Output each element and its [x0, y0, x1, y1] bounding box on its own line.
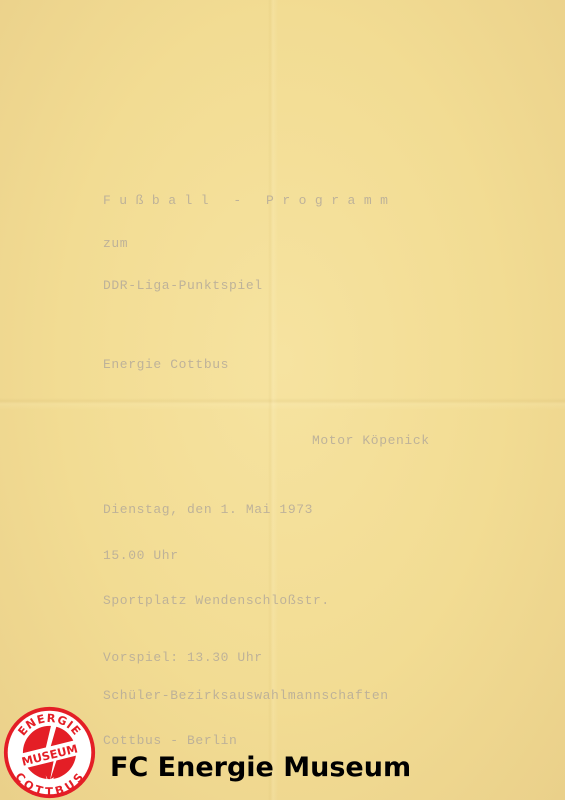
document-title: Fußball - Programm [103, 193, 396, 208]
brand-watermark-text: FC Energie Museum [110, 752, 411, 783]
line-zum: zum [103, 236, 128, 251]
line-away-team: Motor Köpenick [312, 433, 430, 448]
line-date: Dienstag, den 1. Mai 1973 [103, 502, 313, 517]
line-cottbus-berlin: Cottbus - Berlin [103, 733, 237, 748]
line-league: DDR-Liga-Punktspiel [103, 278, 263, 293]
line-venue: Sportplatz Wendenschloßstr. [103, 593, 330, 608]
line-opening-match: Vorspiel: 13.30 Uhr [103, 650, 263, 665]
line-time: 15.00 Uhr [103, 548, 179, 563]
energie-museum-logo: ENERGIE COTTBUS MUSEUM [2, 705, 97, 800]
line-home-team: Energie Cottbus [103, 357, 229, 372]
line-youth-teams: Schüler-Bezirksauswahlmannschaften [103, 688, 389, 703]
aged-paper-background [0, 0, 565, 800]
